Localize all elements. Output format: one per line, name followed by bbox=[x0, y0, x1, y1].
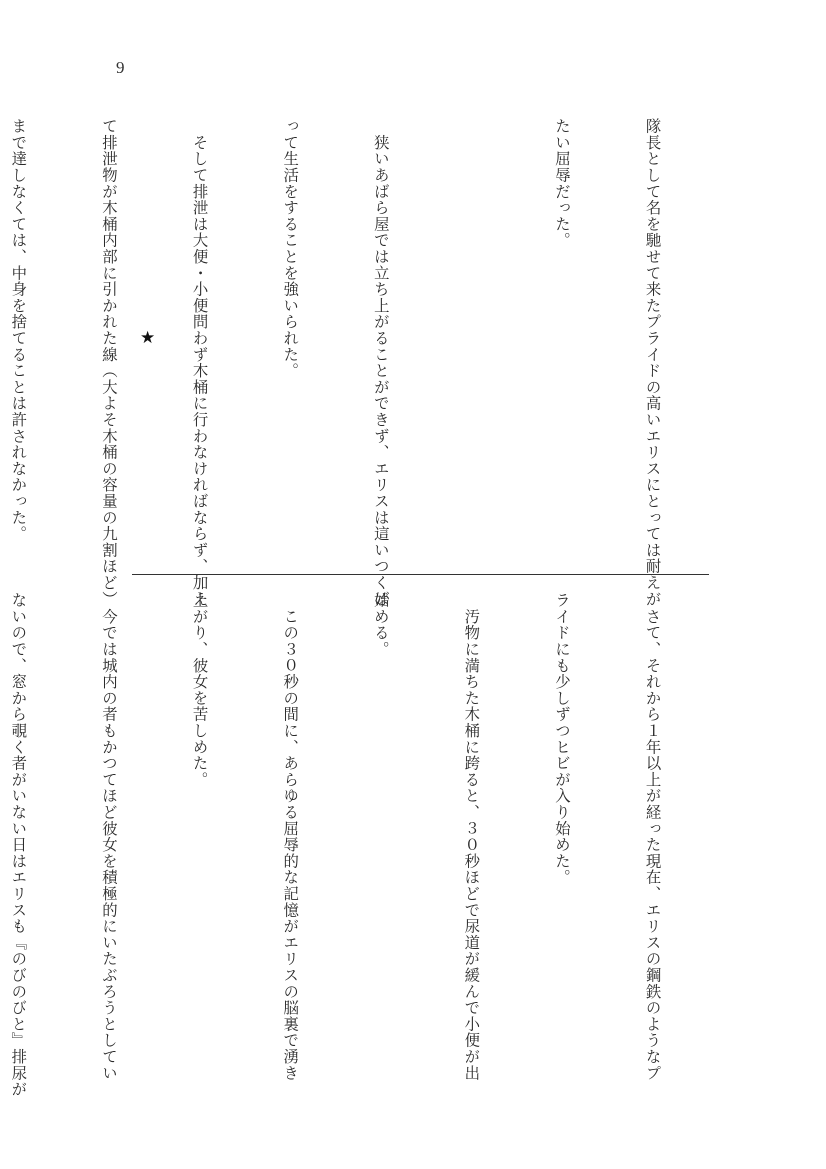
text-column: さて、それから１年以上が経った現在、エリスの鋼鉄のようなプ bbox=[637, 592, 667, 1032]
lower-text-tier: さて、それから１年以上が経った現在、エリスの鋼鉄のようなプ ライドにも少しずつヒ… bbox=[0, 592, 728, 1032]
text-column: まで達しなくては、中身を捨てることは許されなかった。 bbox=[3, 118, 33, 558]
text-column: て排泄物が木桶内部に引かれた線（大よそ木桶の容量の九割ほど） bbox=[94, 118, 124, 558]
text-column: この３０秒の間に、あらゆる屈辱的な記憶がエリスの脳裏で湧き bbox=[275, 592, 305, 1032]
text-column: 汚物に満ちた木桶に跨ると、３０秒ほどで尿道が緩んで小便が出 bbox=[456, 592, 486, 1032]
tier-divider-rule bbox=[132, 574, 709, 575]
text-column: 始める。 bbox=[366, 592, 396, 1032]
scene-break-star-icon: ★ bbox=[140, 328, 155, 348]
blank-column bbox=[456, 118, 486, 558]
upper-text-tier: 隊長として名を馳せて来たプライドの高いエリスにとっては耐えが たい屈辱だった。 … bbox=[0, 118, 728, 558]
text-column: そして排泄は大便・小便問わず木桶に行わなければならず、加え bbox=[184, 118, 214, 558]
text-column: 隊長として名を馳せて来たプライドの高いエリスにとっては耐えが bbox=[637, 118, 667, 558]
text-column: 今では城内の者もかつてほど彼女を積極的にいたぶろうとしてい bbox=[94, 592, 124, 1032]
text-column: たい屈辱だった。 bbox=[547, 118, 577, 558]
text-column: 狭いあばら屋では立ち上がることができず、エリスは這いつくば bbox=[366, 118, 396, 558]
text-column: ないので、窓から覗く者がいない日はエリスも『のびのびと』排尿が bbox=[3, 592, 33, 1032]
text-column: って生活をすることを強いられた。 bbox=[275, 118, 305, 558]
text-column: 上がり、彼女を苦しめた。 bbox=[184, 592, 214, 1032]
text-column: ライドにも少しずつヒビが入り始めた。 bbox=[547, 592, 577, 1032]
page-number: 9 bbox=[116, 58, 125, 78]
